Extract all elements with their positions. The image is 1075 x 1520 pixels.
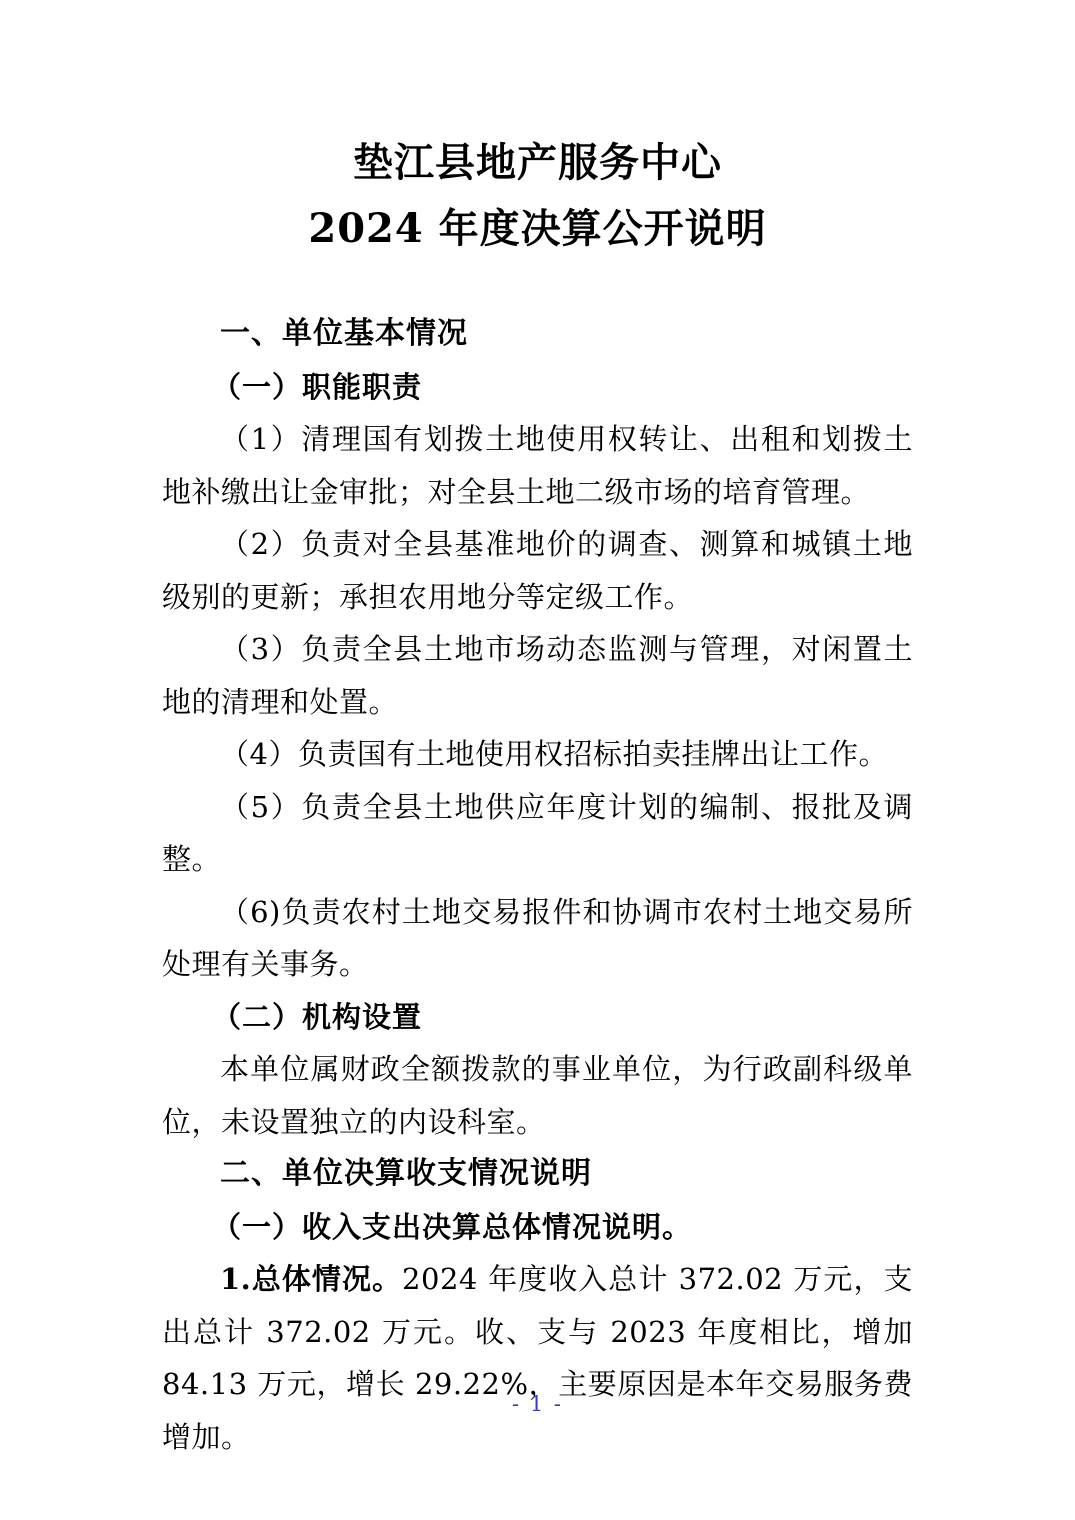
paragraph-duty-6: （6)负责农村土地交易报件和协调市农村土地交易所处理有关事务。 (162, 886, 913, 991)
paragraph-duty-2: （2）负责对全县基准地价的调查、测算和城镇土地级别的更新；承担农用地分等定级工作… (162, 518, 913, 623)
document-title-line2: 2024 年度决算公开说明 (0, 196, 1075, 262)
section-heading-final-accounts: 二、单位决算收支情况说明 (162, 1148, 913, 1201)
paragraph-duty-4: （4）负责国有土地使用权招标拍卖挂牌出让工作。 (162, 728, 913, 781)
subsection-heading-income-expense-overview: （一）收入支出决算总体情况说明。 (162, 1201, 913, 1254)
paragraph-duty-1: （1）清理国有划拨土地使用权转让、出租和划拨土地补缴出让金审批；对全县土地二级市… (162, 413, 913, 518)
document-body: 一、单位基本情况 （一）职能职责 （1）清理国有划拨土地使用权转让、出租和划拨土… (162, 308, 913, 1463)
paragraph-duty-5: （5）负责全县土地供应年度计划的编制、报批及调整。 (162, 781, 913, 886)
paragraph-duty-3: （3）负责全县土地市场动态监测与管理，对闲置土地的清理和处置。 (162, 623, 913, 728)
paragraph-org-structure: 本单位属财政全额拨款的事业单位，为行政副科级单位，未设置独立的内设科室。 (162, 1043, 913, 1148)
section-heading-unit-basic-info: 一、单位基本情况 (162, 308, 913, 361)
paragraph-overall-situation-lead: 1.总体情况。 (220, 1262, 402, 1296)
document-title-line1: 垫江县地产服务中心 (0, 130, 1075, 196)
document-page: 垫江县地产服务中心 2024 年度决算公开说明 一、单位基本情况 （一）职能职责… (0, 0, 1075, 1520)
paragraph-overall-situation: 1.总体情况。2024 年度收入总计 372.02 万元，支出总计 372.02… (162, 1253, 913, 1463)
subsection-heading-duties: （一）职能职责 (162, 361, 913, 414)
document-title-block: 垫江县地产服务中心 2024 年度决算公开说明 (0, 0, 1075, 262)
page-number: - 1 - (0, 1392, 1075, 1416)
subsection-heading-org-structure: （二）机构设置 (162, 991, 913, 1044)
